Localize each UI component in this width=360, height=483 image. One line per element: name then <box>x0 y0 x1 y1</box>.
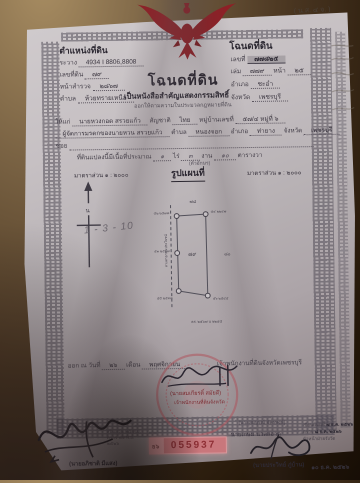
house-value: ๕๗/๔ หมู่ที่ ๖ <box>235 116 285 125</box>
neighbor-right-label: ๘๐ <box>224 251 231 256</box>
map-scale-left: มาตราส่วน ๑ : ๒๐๐๐ <box>74 170 129 181</box>
owner-tambon-label: ตำบล <box>171 129 187 136</box>
issue-day: ๒๖ <box>102 362 124 370</box>
deed-volume-row: เล่ม ๗๗๙ หน้า ๒๕ <box>231 65 311 76</box>
nationality-label: สัญชาติ <box>149 117 170 124</box>
corner-tr-label: ๕๔ ๒๒๔๗ <box>211 209 227 213</box>
north-label: น <box>86 208 90 214</box>
area-sentence: ที่ดินแปลงนี้มีเนื้อที่ประมาณ <box>77 153 152 161</box>
rai-label: ไร่ <box>173 153 180 160</box>
plot-number-label: ๗๙ <box>188 252 196 258</box>
deed-province-value: เพชรบุรี <box>252 93 288 102</box>
left-stamp-line-3: ๒๕๒๖ <box>107 440 151 447</box>
owner-line-3: ซอย <box>56 137 314 151</box>
deed-number-row: เลขที่ ๗๗๘๒๕ <box>230 54 285 65</box>
area-wa-hand: ๑๐ <box>214 152 236 160</box>
deed-number-label: เลขที่ <box>230 56 245 63</box>
estate-manager-text: ผู้จัดการมรดกของนายหวน สรวยแก้ว <box>55 129 169 139</box>
neighbor-top-label: ๗๘ <box>189 199 196 204</box>
position-box-title: ตำแหน่งที่ดิน <box>59 43 107 58</box>
map-title: รูปแผนที่ <box>171 166 205 182</box>
serial-prefix: ธ๖ <box>152 441 160 451</box>
page-survey-value: ๒๘๖๗ <box>93 83 125 91</box>
margin-scribbles <box>329 40 357 155</box>
left-stamp-block: สอบสวน ๒๔ พ.ย. ตรวจ ๒๖ พ.ย. ๒๕๒๖ <box>107 428 151 447</box>
subnote: ออกให้ตามความในประมวลกฎหมายที่ดิน <box>134 101 232 110</box>
position-parcel-row: เลขที่ดิน ๗๙ <box>60 69 109 80</box>
right-stamp-block: เขียนแผนที่ ๗ ธ.ค. ๒๕๒๖ ตรวจ ๘ ธ.ค. ๒๕๒๖… <box>303 421 354 443</box>
parcel-label: เลขที่ดิน <box>60 71 84 78</box>
issue-month-label: เดือน <box>126 362 140 369</box>
seal-caption-role: เจ้าพนักงานที่ดินจังหวัด <box>174 398 225 407</box>
right-top-caption: (นายสมบูรณ์ อัครพงษ์) <box>239 419 286 428</box>
corner-tl-label: ๕๒ ๒๕๗๘ <box>154 211 170 215</box>
owner-tambon-value: หนองจอก <box>188 128 229 137</box>
survey-label: ระวาง <box>59 59 77 66</box>
corner-br-label: ๕๖ ๒๕๔๕ <box>213 296 229 300</box>
left-signature-caption: (นายอภิชาติ มีแสง) <box>69 458 117 469</box>
right-signature-caption: (นายประวิทย์ ภู่บ้าน) <box>253 459 304 470</box>
deed-volume-value: ๗๗๙ <box>243 68 272 76</box>
owner-amphoe-label: อำเภอ <box>231 128 249 135</box>
deed-box-title: โฉนดที่ดิน <box>229 39 272 55</box>
soi-blank <box>69 139 313 150</box>
survey-note-label: ลส. ๒๕๖๗ น ๒๒๔๕ <box>191 319 222 323</box>
area-line: ที่ดินแปลงนี้มีเนื้อที่ประมาณ ๑ ไร่ ๓ งา… <box>77 150 263 163</box>
serial-number: 055937 <box>171 440 217 452</box>
deed-amphoe-row: อำเภอ ชะอำ <box>231 79 280 90</box>
form-code: ( น.ส. ๔ จ. ) <box>294 4 331 17</box>
soi-label: ซอย <box>56 143 68 150</box>
seal-caption-name: (นายสมเกียรติ์ สมัยดี) <box>170 389 221 398</box>
deed-amphoe-value: ชะอำ <box>251 81 281 89</box>
deed-amphoe-label: อำเภอ <box>231 81 249 88</box>
deed-page-value: ๒๕ <box>287 67 310 75</box>
road-label: ทางสาธารณประโยชน์ <box>163 234 168 268</box>
nationality-value: ไทย <box>172 117 197 125</box>
owner-amphoe-value: ท่ายาง <box>250 128 282 136</box>
position-survey-row: ระวาง 4934 I 8806,8808 <box>59 56 143 67</box>
position-tambon-label: ตำบล <box>60 95 76 102</box>
survey-value: 4934 I 8806,8808 <box>79 58 144 67</box>
issue-prefix: ออก ณ วันที่ <box>68 362 101 369</box>
plot-map: ๗๘ ๗๙ ๘๐ ๕๒ ๒๕๗๘ ๕๔ ๒๒๔๗ ๕๓ ๒๕๒๗ ๕๕ ๒๕๓๘… <box>149 194 263 341</box>
wa-label: ตารางวา <box>238 152 263 159</box>
document-content: ( น.ส. ๔ จ. ) ตำแหน่งที่ดิน ระวาง 4934 I… <box>0 0 360 480</box>
map-scale-right: มาตราส่วน ๑ : ๒๐๐๐ <box>247 167 302 178</box>
give-label: ให้แก่ <box>55 119 70 126</box>
house-label: หมู่บ้านเลขที่ <box>199 116 234 123</box>
position-pagesurvey-row: หน้าสำรวจ ๒๘๖๗ <box>60 81 125 92</box>
deed-province-label: จังหวัด <box>231 94 250 101</box>
page-survey-label: หน้าสำรวจ <box>60 83 91 90</box>
owner-line-1: ให้แก่ นายหวงกอด สรวยแก้ว สัญชาติ ไทย หม… <box>55 114 285 127</box>
deed-province-row: จังหวัด เพชรบุรี <box>231 91 288 102</box>
corner-bl-label: ๕๕ ๒๕๓๘ <box>157 296 173 300</box>
parcel-value: ๗๙ <box>85 71 109 79</box>
deed-number-value: ๗๗๘๒๕ <box>247 56 285 65</box>
owner-changwat-label: จังหวัด <box>284 127 303 134</box>
deed-volume-label: เล่ม <box>231 68 242 75</box>
serial-box: ธ๖ 055937 <box>149 436 227 454</box>
position-tambon-row: ตำบล ห้วยทรายเหนือ <box>60 93 134 104</box>
garuda-emblem <box>133 1 242 66</box>
deed-page-label: หน้า <box>273 68 285 75</box>
date-stamp: ๑๐ ธ.ค. ๒๕๒๖ <box>311 462 349 473</box>
area-rai-hand: ๑ <box>153 153 171 161</box>
right-stamp-row-3: หัวหน้าฝ่ายรังวัด <box>303 435 354 443</box>
owner-name: นายหวงกอด สรวยแก้ว <box>72 117 148 126</box>
